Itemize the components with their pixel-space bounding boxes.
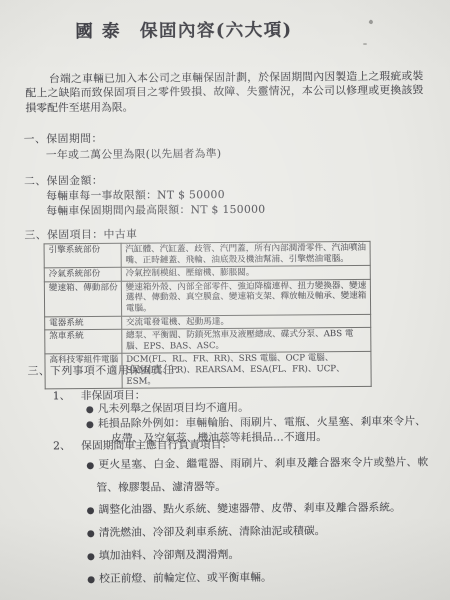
table-row: 引擎系統部份 汽缸體、汽缸蓋、歧管、汽門蓋，所有內部潤滑零件、汽油噴油嘴、正時鏈… <box>44 241 370 268</box>
list-item: ●調整化油器、點火系統、變速器帶、皮帶、剎車及離合器系統。 <box>87 496 429 522</box>
bullet-icon: ● <box>87 529 95 539</box>
section-amount-heading: 二、保固金額： <box>24 173 103 189</box>
bullet-text: 清洗燃油、冷卻及剎車系統、清除油泥或積碳。 <box>99 524 326 539</box>
bullet-icon: ● <box>86 420 94 430</box>
amount-max-total: 每輛車保固期間內最高限額：NT $ 150000 <box>46 202 265 219</box>
item-number: 2、 <box>53 438 81 453</box>
row-label: 電器系統 <box>45 316 122 330</box>
row-content: 變速箱外殼、內部全部零件、強迫降檔連桿、扭力變換器、變速選桿、傳動殼、真空膜盒、… <box>121 279 370 316</box>
table-row: 煞車系統 總泵、平衡閥、防鎖死煞車及液壓總成、碟式分泵、ABS 電腦、EPS、B… <box>45 328 371 355</box>
item-number: 1、 <box>53 388 81 403</box>
list-item: ●填加油料、冷卻劑及潤滑劑。 <box>87 542 429 568</box>
bullet-text: 更火星塞、白金、繼電器、雨刷片、剎車及離合器來令片或墊片、軟管、橡膠製品、濾清器… <box>96 455 428 494</box>
row-label: 煞車系統 <box>45 329 122 354</box>
bullet-icon: ● <box>87 552 95 562</box>
bullet-text: 調整化油器、點火系統、變速器帶、皮帶、剎車及離合器系統。 <box>98 501 400 516</box>
paper-speck <box>363 43 367 45</box>
exclusion-item-2: 2、保固期間車主應自行負責項目： <box>53 437 232 453</box>
bullet-text: 凡未列舉之保固項目均不適用。 <box>98 401 249 415</box>
bullet-text: 校正前燈、前輪定位、或平衡車輛。 <box>99 571 272 585</box>
row-content: 汽缸體、汽缸蓋、歧管、汽門蓋，所有內部潤滑零件、汽油噴油嘴、正時鏈蓋、飛輪、油底… <box>121 241 370 267</box>
document-title: 國 泰 保固內容(六大項) <box>18 16 350 44</box>
row-content: 總泵、平衡閥、防鎖死煞車及液壓總成、碟式分泵、ABS 電腦、EPS、BAS、AS… <box>121 328 370 354</box>
list-item: ●清洗燃油、冷卻及剎車系統、清除油泥或積碳。 <box>87 519 429 545</box>
intro-paragraph: 台端之車輛已加入本公司之車輛保固計劃，於保固期間內因製造上之瑕疵或裝配上之缺陷而… <box>25 69 423 115</box>
list-item: ●校正前燈、前輪定位、或平衡車輛。 <box>87 565 429 591</box>
bullet-icon: ● <box>86 405 94 415</box>
bullet-icon: ● <box>86 461 94 471</box>
exclusion-item-2-bullets: ●更火星塞、白金、繼電器、雨刷片、剎車及離合器來令片或墊片、軟管、橡膠製品、濾清… <box>86 451 429 591</box>
row-label: 變速箱、傳動部份 <box>44 281 121 316</box>
document-content: 國 泰 保固內容(六大項) 台端之車輛已加入本公司之車輛保固計劃，於保固期間內因… <box>0 0 450 600</box>
row-label: 冷氣系統部份 <box>44 268 121 282</box>
item-title: 保固期間車主應自行負責項目： <box>81 438 232 452</box>
section-items-heading: 三、保固項目：中古車 <box>24 227 137 243</box>
bullet-text: 填加油料、冷卻劑及潤滑劑。 <box>99 548 239 562</box>
amount-per-accident: 每輛車每一事故限額：NT $ 50000 <box>46 187 225 203</box>
list-item: ●更火星塞、白金、繼電器、雨刷片、剎車及離合器來令片或墊片、軟管、橡膠製品、濾清… <box>86 451 428 499</box>
section-exclusions-heading: 三、下列事項不適用保固責任： <box>27 362 185 378</box>
section-period-line: 一年或二萬公里為限(以先屆者為準) <box>46 146 222 162</box>
section-period-heading: 一、保固期間： <box>24 131 103 147</box>
document-photo-page: 國 泰 保固內容(六大項) 台端之車輛已加入本公司之車輛保固計劃，於保固期間內因… <box>0 0 450 600</box>
table-row: 變速箱、傳動部份 變速箱外殼、內部全部零件、強迫降檔連桿、扭力變換器、變速選桿、… <box>44 279 370 316</box>
item-title: 非保固項目： <box>81 389 146 403</box>
bullet-icon: ● <box>87 575 95 585</box>
bullet-icon: ● <box>87 506 95 516</box>
row-label: 引擎系統部份 <box>44 243 121 268</box>
